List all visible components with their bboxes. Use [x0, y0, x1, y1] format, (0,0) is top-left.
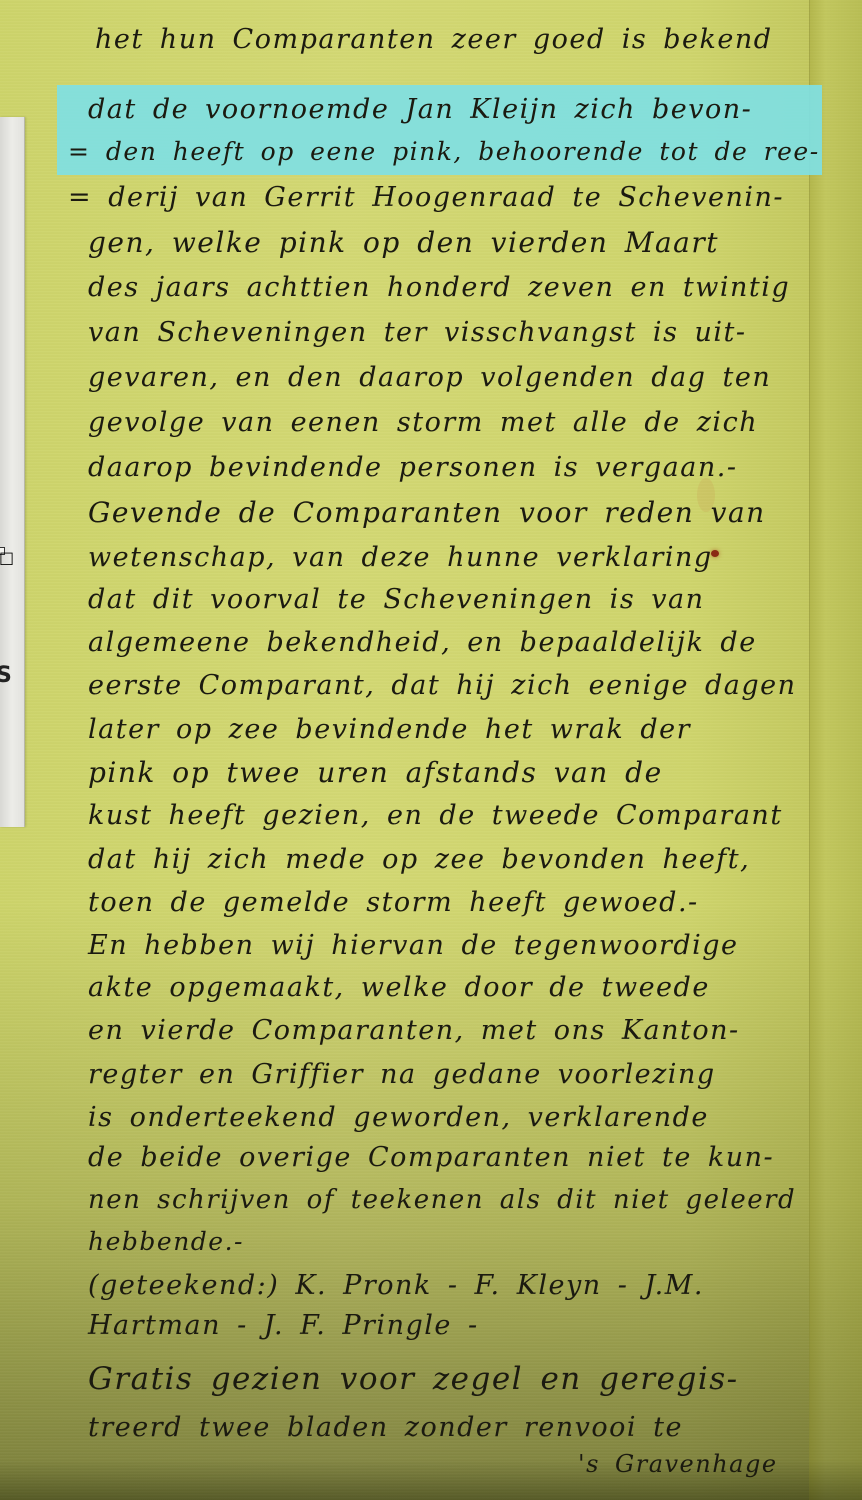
handwritten-line: is onderteekend geworden, verklarende: [88, 1100, 709, 1135]
handwritten-line: dat hij zich mede op zee bevonden heeft,: [88, 842, 750, 877]
handwritten-line: wetenschap, van deze hunne verklaring: [88, 540, 713, 575]
handwritten-line: = den heeft op eene pink, behoorende tot…: [68, 135, 820, 169]
handwritten-line: (geteekend:) K. Pronk - F. Kleyn - J.M.: [88, 1268, 704, 1303]
handwritten-line: nen schrijven of teekenen als dit niet g…: [88, 1183, 796, 1217]
handwritten-line: later op zee bevindende het wrak der: [88, 712, 691, 747]
handwritten-line: dat dit voorval te Scheveningen is van: [88, 582, 705, 617]
handwritten-line: = derij van Gerrit Hoogenraad te Scheven…: [68, 180, 784, 215]
handwritten-line: pink op twee uren afstands van de: [88, 755, 663, 791]
handwritten-text-block: het hun Comparanten zeer goed is bekendd…: [0, 0, 862, 1500]
handwritten-line: En hebben wij hiervan de tegenwoordige: [88, 928, 739, 963]
handwritten-line: eerste Comparant, dat hij zich eenige da…: [88, 668, 797, 703]
handwritten-line: algemeene bekendheid, en bepaaldelijk de: [88, 625, 757, 660]
handwritten-line: kust heeft gezien, en de tweede Comparan…: [88, 798, 783, 833]
handwritten-line: Gevende de Comparanten voor reden van: [88, 495, 766, 531]
handwritten-line: dat de voornoemde Jan Kleijn zich bevon-: [88, 92, 752, 127]
handwritten-line: daarop bevindende personen is vergaan.-: [88, 450, 737, 485]
handwritten-line: toen de gemelde storm heeft gewoed.-: [88, 885, 699, 920]
bottom-shadow: [0, 1460, 862, 1500]
handwritten-line: het hun Comparanten zeer goed is bekend: [95, 22, 773, 57]
handwritten-line: gevaren, en den daarop volgenden dag ten: [88, 360, 771, 395]
handwritten-line: de beide overige Comparanten niet te kun…: [88, 1140, 774, 1175]
handwritten-line: hebbende.-: [88, 1225, 244, 1258]
handwritten-line: Gratis gezien voor zegel en geregis-: [88, 1360, 739, 1399]
handwritten-line: akte opgemaakt, welke door de tweede: [88, 970, 710, 1005]
handwritten-line: regter en Griffier na gedane voorlezing: [88, 1057, 716, 1092]
handwritten-line: Hartman - J. F. Pringle -: [88, 1308, 479, 1343]
handwritten-line: gevolge van eenen storm met alle de zich: [88, 405, 758, 440]
handwritten-line: van Scheveningen ter visschvangst is uit…: [88, 315, 747, 350]
handwritten-line: des jaars achttien honderd zeven en twin…: [88, 270, 790, 305]
handwritten-line: en vierde Comparanten, met ons Kanton-: [88, 1013, 740, 1048]
handwritten-line: gen, welke pink op den vierden Maart: [88, 225, 719, 261]
handwritten-line: treerd twee bladen zonder renvooi te: [88, 1410, 683, 1445]
